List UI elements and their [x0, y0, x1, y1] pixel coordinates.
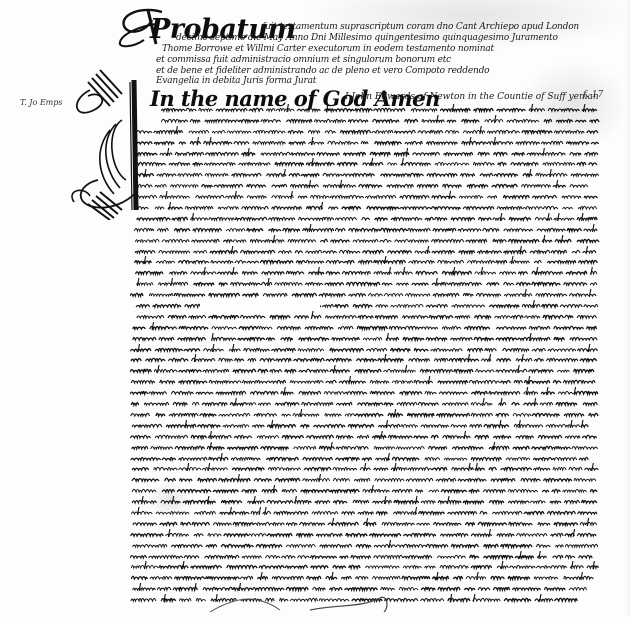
handwritten-line: [130, 420, 600, 431]
handwritten-line: [130, 376, 600, 387]
handwritten-line: [130, 202, 600, 213]
handwritten-line: [130, 507, 600, 518]
handwritten-line: [130, 485, 600, 496]
handwritten-line: [130, 289, 600, 300]
handwritten-line: [130, 126, 600, 137]
handwritten-line: [130, 300, 600, 311]
handwritten-line: [130, 431, 600, 442]
handwritten-line: [130, 224, 600, 235]
handwritten-line: [130, 235, 600, 246]
handwritten-line: [130, 474, 600, 485]
handwritten-line: [130, 191, 600, 202]
handwritten-line: [130, 540, 600, 551]
folio-mark: f. 17: [583, 90, 603, 100]
handwritten-line: [130, 387, 600, 398]
handwritten-line: [130, 409, 600, 420]
handwritten-line: [130, 463, 600, 474]
will-body-text: [130, 104, 600, 605]
handwritten-line: [130, 551, 600, 562]
handwritten-line: [130, 104, 600, 115]
probate-line: et commissa fuit administracio omnium et…: [156, 55, 451, 66]
signature-flourish-icon: [200, 592, 460, 614]
handwritten-line: [130, 148, 600, 159]
handwritten-line: [130, 158, 600, 169]
handwritten-line: [130, 115, 600, 126]
will-opening-continuation: I John Edwards of Newton in the Countie …: [345, 92, 599, 102]
handwritten-line: [130, 256, 600, 267]
handwritten-line: [130, 518, 600, 529]
probate-line: fuit testamentum suprascriptum coram dno…: [262, 22, 579, 33]
handwritten-line: [130, 344, 600, 355]
page-edge: [624, 0, 630, 617]
handwritten-line: [130, 572, 600, 583]
handwritten-line: [130, 267, 600, 278]
handwritten-line: [130, 365, 600, 376]
handwritten-line: [130, 213, 600, 224]
handwritten-line: [130, 354, 600, 365]
handwritten-line: [130, 278, 600, 289]
handwritten-line: [130, 529, 600, 540]
handwritten-line: [130, 398, 600, 409]
handwritten-line: [130, 311, 600, 322]
handwritten-line: [130, 561, 600, 572]
handwritten-line: [130, 333, 600, 344]
handwritten-line: [130, 180, 600, 191]
handwritten-line: [130, 169, 600, 180]
probate-line: Thome Borrowe et Willmi Carter executoru…: [162, 44, 494, 55]
handwritten-line: [130, 442, 600, 453]
manuscript-page: Probatum fuit testamentum suprascriptum …: [0, 0, 630, 617]
handwritten-line: [130, 322, 600, 333]
handwritten-line: [130, 246, 600, 257]
probate-line: decimo septimo die May Anno Dni Millesim…: [176, 33, 558, 44]
margin-note: T. Jo Emps: [20, 98, 62, 107]
handwritten-line: [130, 137, 600, 148]
handwritten-line: [130, 496, 600, 507]
handwritten-line: [130, 453, 600, 464]
